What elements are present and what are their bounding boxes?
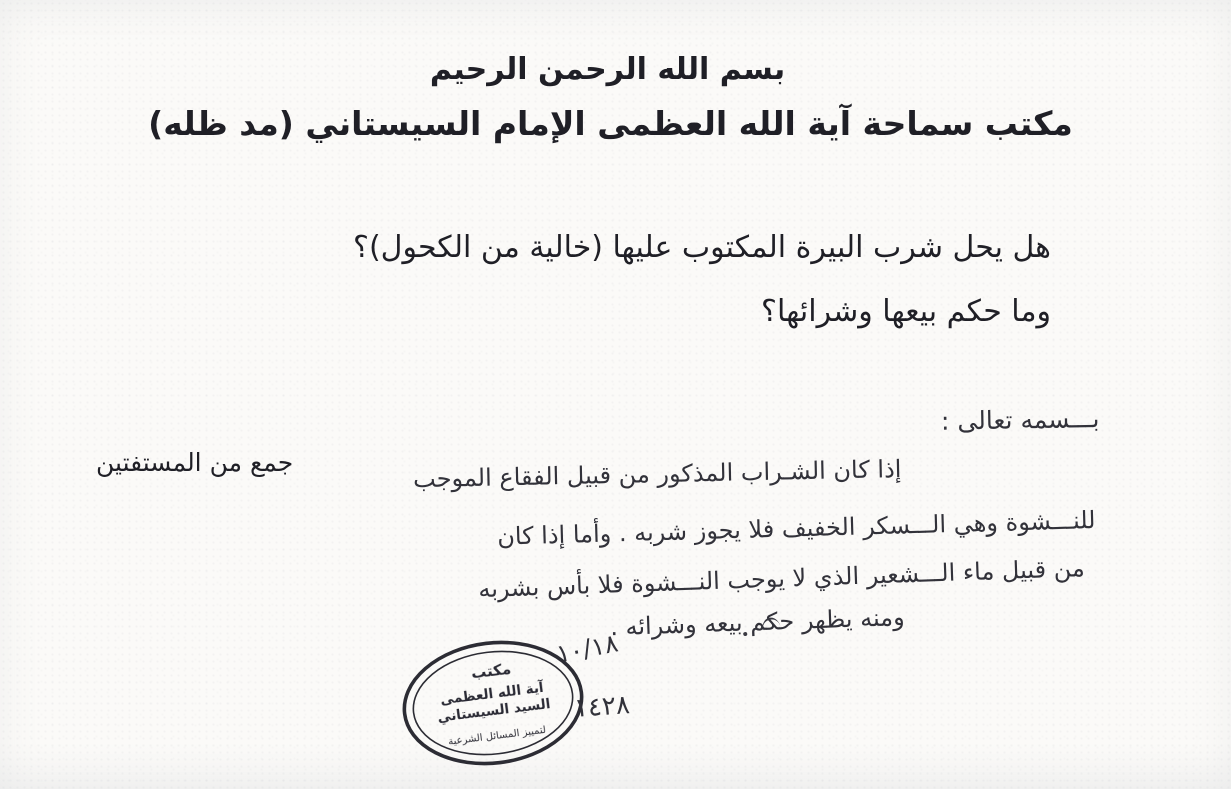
answer-line: من قبيل ماء الـــشعير الذي لا يوجب النــ… (478, 554, 1085, 603)
stamp-top-text: مكتب (470, 660, 512, 683)
header-office-title: مكتب سماحة آية الله العظمى الإمام السيست… (0, 104, 1221, 143)
answer-line: للنـــشوة وهي الـــسكر الخفيف فلا يجوز ش… (496, 506, 1095, 551)
answer-line: إذا كان الشـراب المذكور من قبيل الفقاع ا… (412, 455, 901, 493)
question-line-2: وما حكم بيعها وشرائها؟ (353, 280, 1051, 344)
date-year: ١٤٢٨ (573, 690, 631, 724)
scanned-document: بسم الله الرحمن الرحيم مكتب سماحة آية ال… (0, 0, 1231, 789)
header-basmala: بسم الله الرحمن الرحيم (0, 52, 1215, 87)
stamp-bottom-text: لتمييز المسائل الشرعية (448, 725, 547, 748)
question-line-1: هل يحل شرب البيرة المكتوب عليها (خالية م… (353, 216, 1051, 280)
asker-label: جمع من المستفتين (96, 448, 293, 477)
answer-opening: بـــسمه تعالى : (940, 404, 1099, 436)
question-block: هل يحل شرب البيرة المكتوب عليها (خالية م… (353, 216, 1051, 344)
